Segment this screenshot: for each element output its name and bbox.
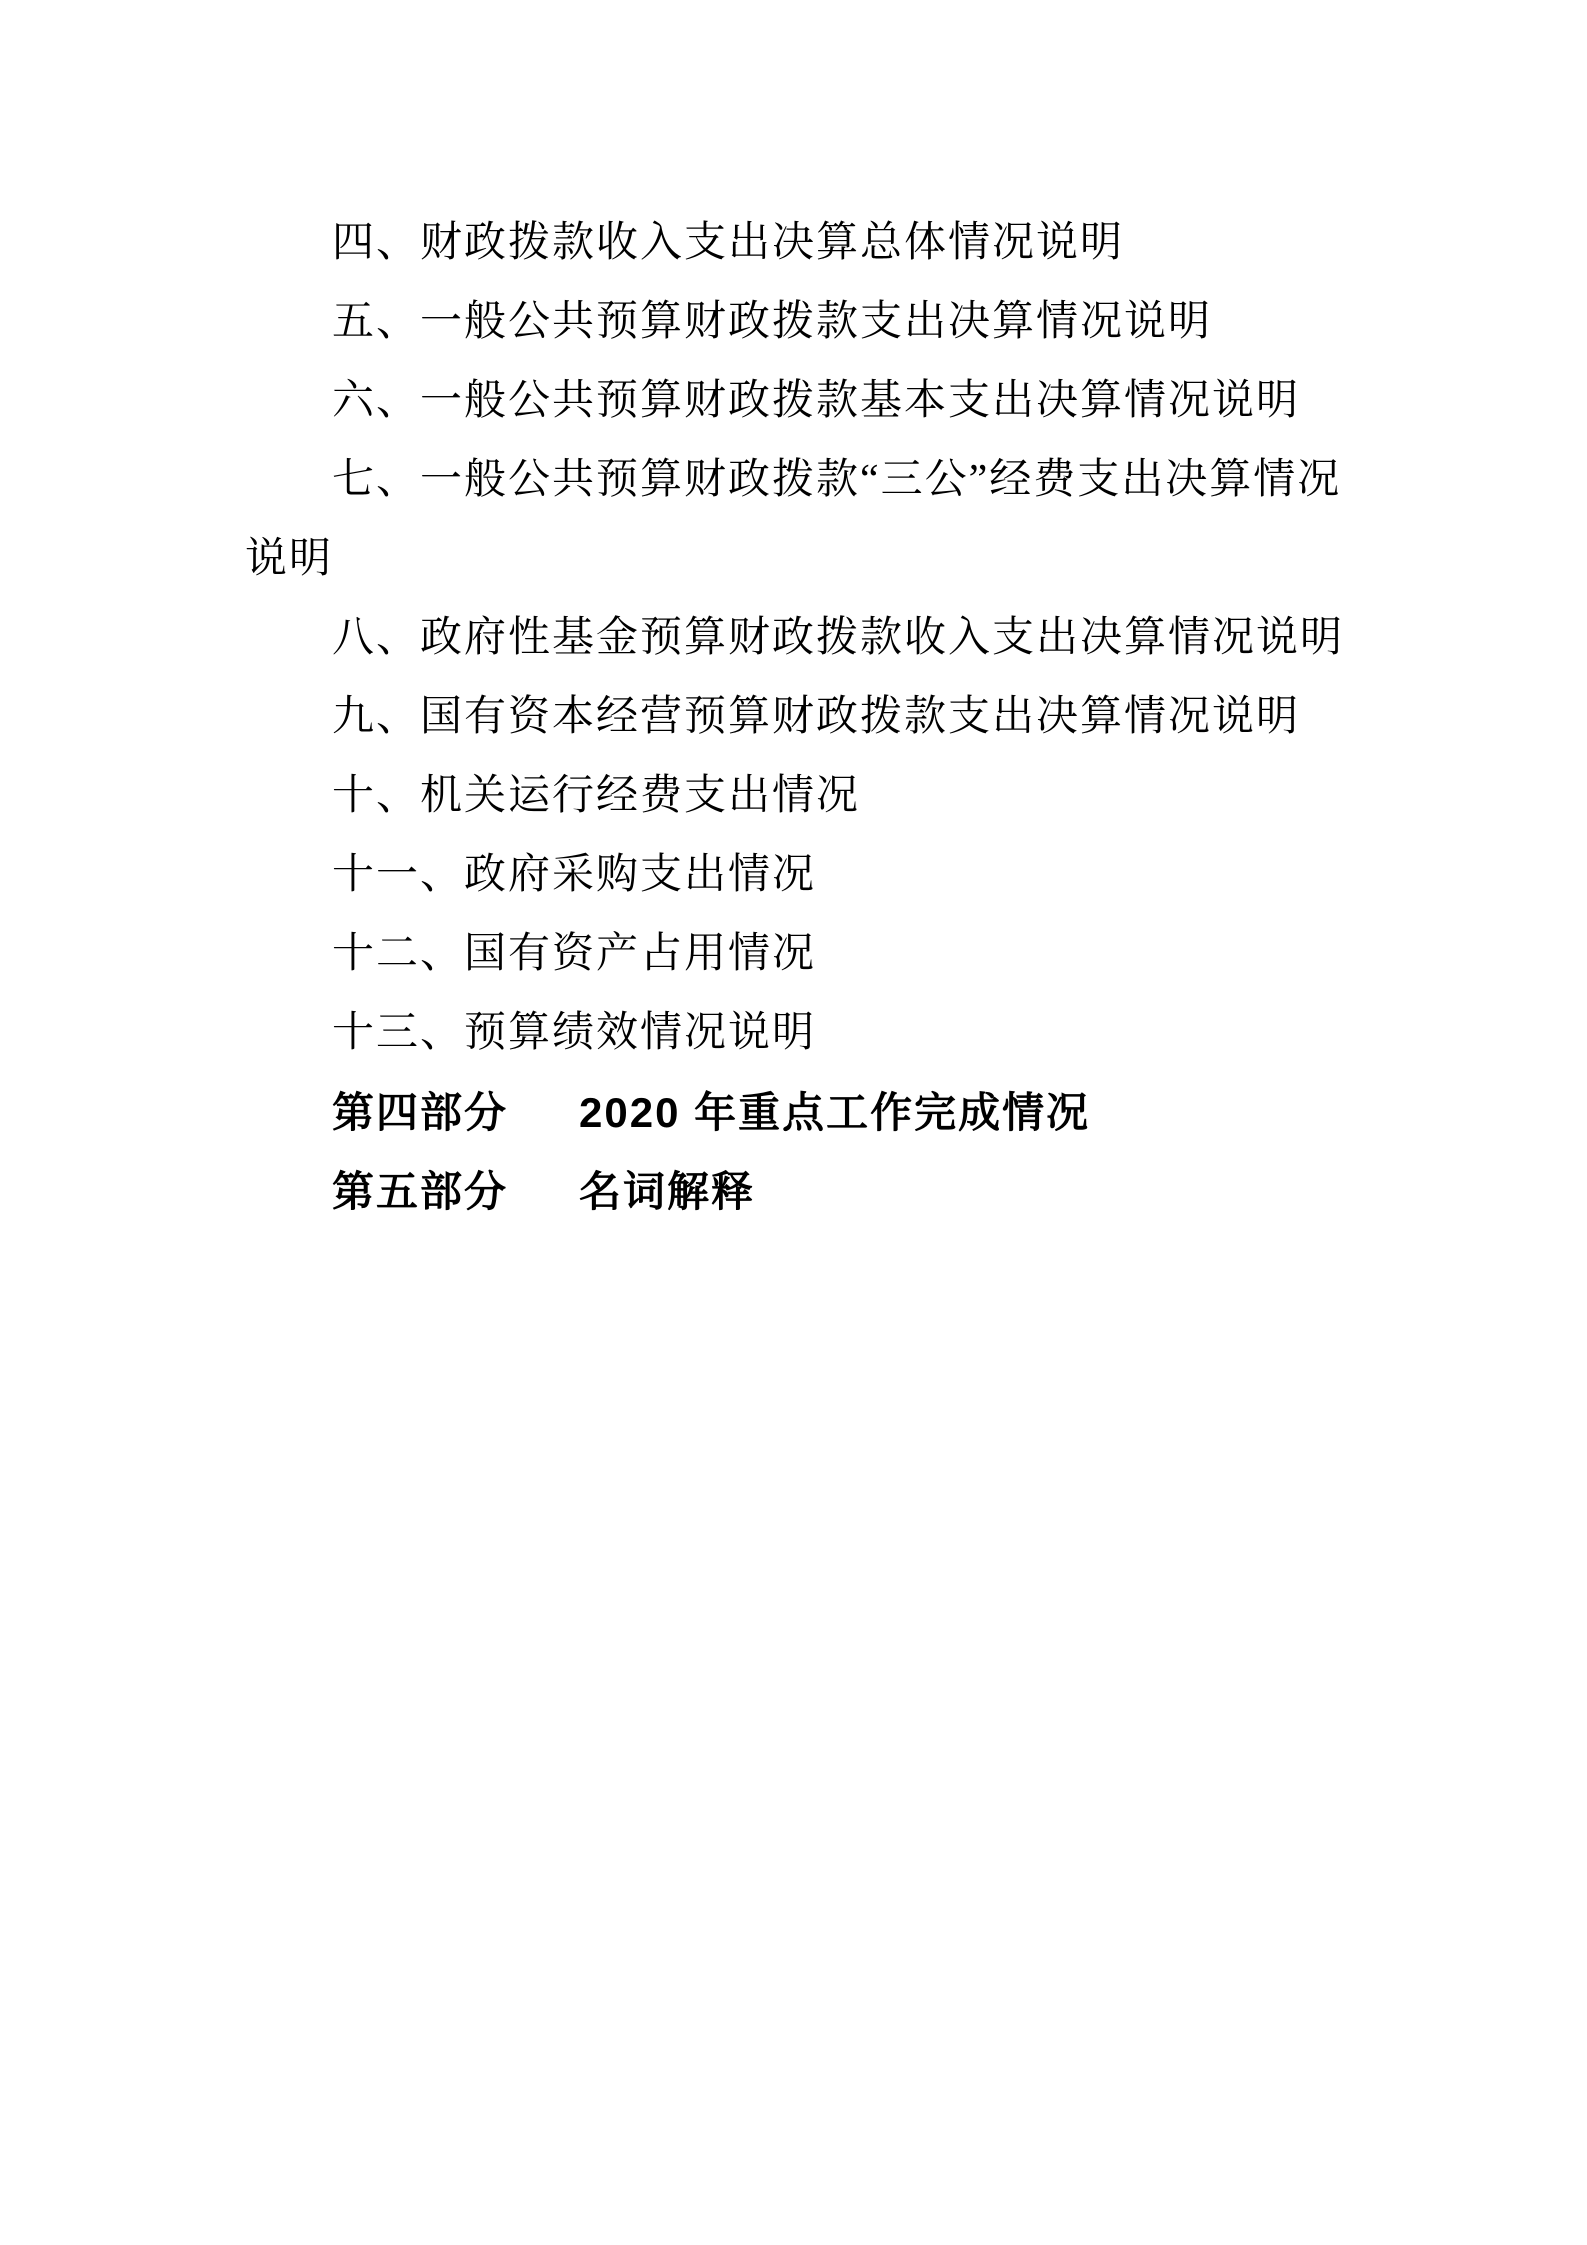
section-part5-label: 第五部分 — [332, 1152, 579, 1231]
toc-item-6: 六、一般公共预算财政拨款基本支出决算情况说明 — [245, 362, 1425, 441]
section-part5-title: 名词解释 — [579, 1168, 755, 1215]
table-of-contents: 四、财政拨款收入支出决算总体情况说明 五、一般公共预算财政拨款支出决算情况说明 … — [245, 204, 1425, 1231]
toc-item-10: 十、机关运行经费支出情况 — [245, 757, 1425, 836]
toc-section-part4: 第四部分2020 年重点工作完成情况 — [245, 1073, 1425, 1152]
toc-item-8: 八、政府性基金预算财政拨款收入支出决算情况说明 — [245, 599, 1425, 678]
toc-item-7-wrap: 说明 — [245, 520, 1425, 599]
toc-item-13: 十三、预算绩效情况说明 — [245, 994, 1425, 1073]
toc-item-12: 十二、国有资产占用情况 — [245, 915, 1425, 994]
toc-item-11: 十一、政府采购支出情况 — [245, 836, 1425, 915]
section-part4-title: 2020 年重点工作完成情况 — [579, 1089, 1090, 1136]
toc-item-4: 四、财政拨款收入支出决算总体情况说明 — [245, 204, 1425, 283]
toc-section-part5: 第五部分名词解释 — [245, 1152, 1425, 1231]
section-part4-label: 第四部分 — [332, 1073, 579, 1152]
toc-item-9: 九、国有资本经营预算财政拨款支出决算情况说明 — [245, 678, 1425, 757]
toc-item-5: 五、一般公共预算财政拨款支出决算情况说明 — [245, 283, 1425, 362]
document-page: 四、财政拨款收入支出决算总体情况说明 五、一般公共预算财政拨款支出决算情况说明 … — [0, 0, 1587, 2245]
toc-item-7: 七、一般公共预算财政拨款“三公”经费支出决算情况 — [245, 441, 1425, 520]
